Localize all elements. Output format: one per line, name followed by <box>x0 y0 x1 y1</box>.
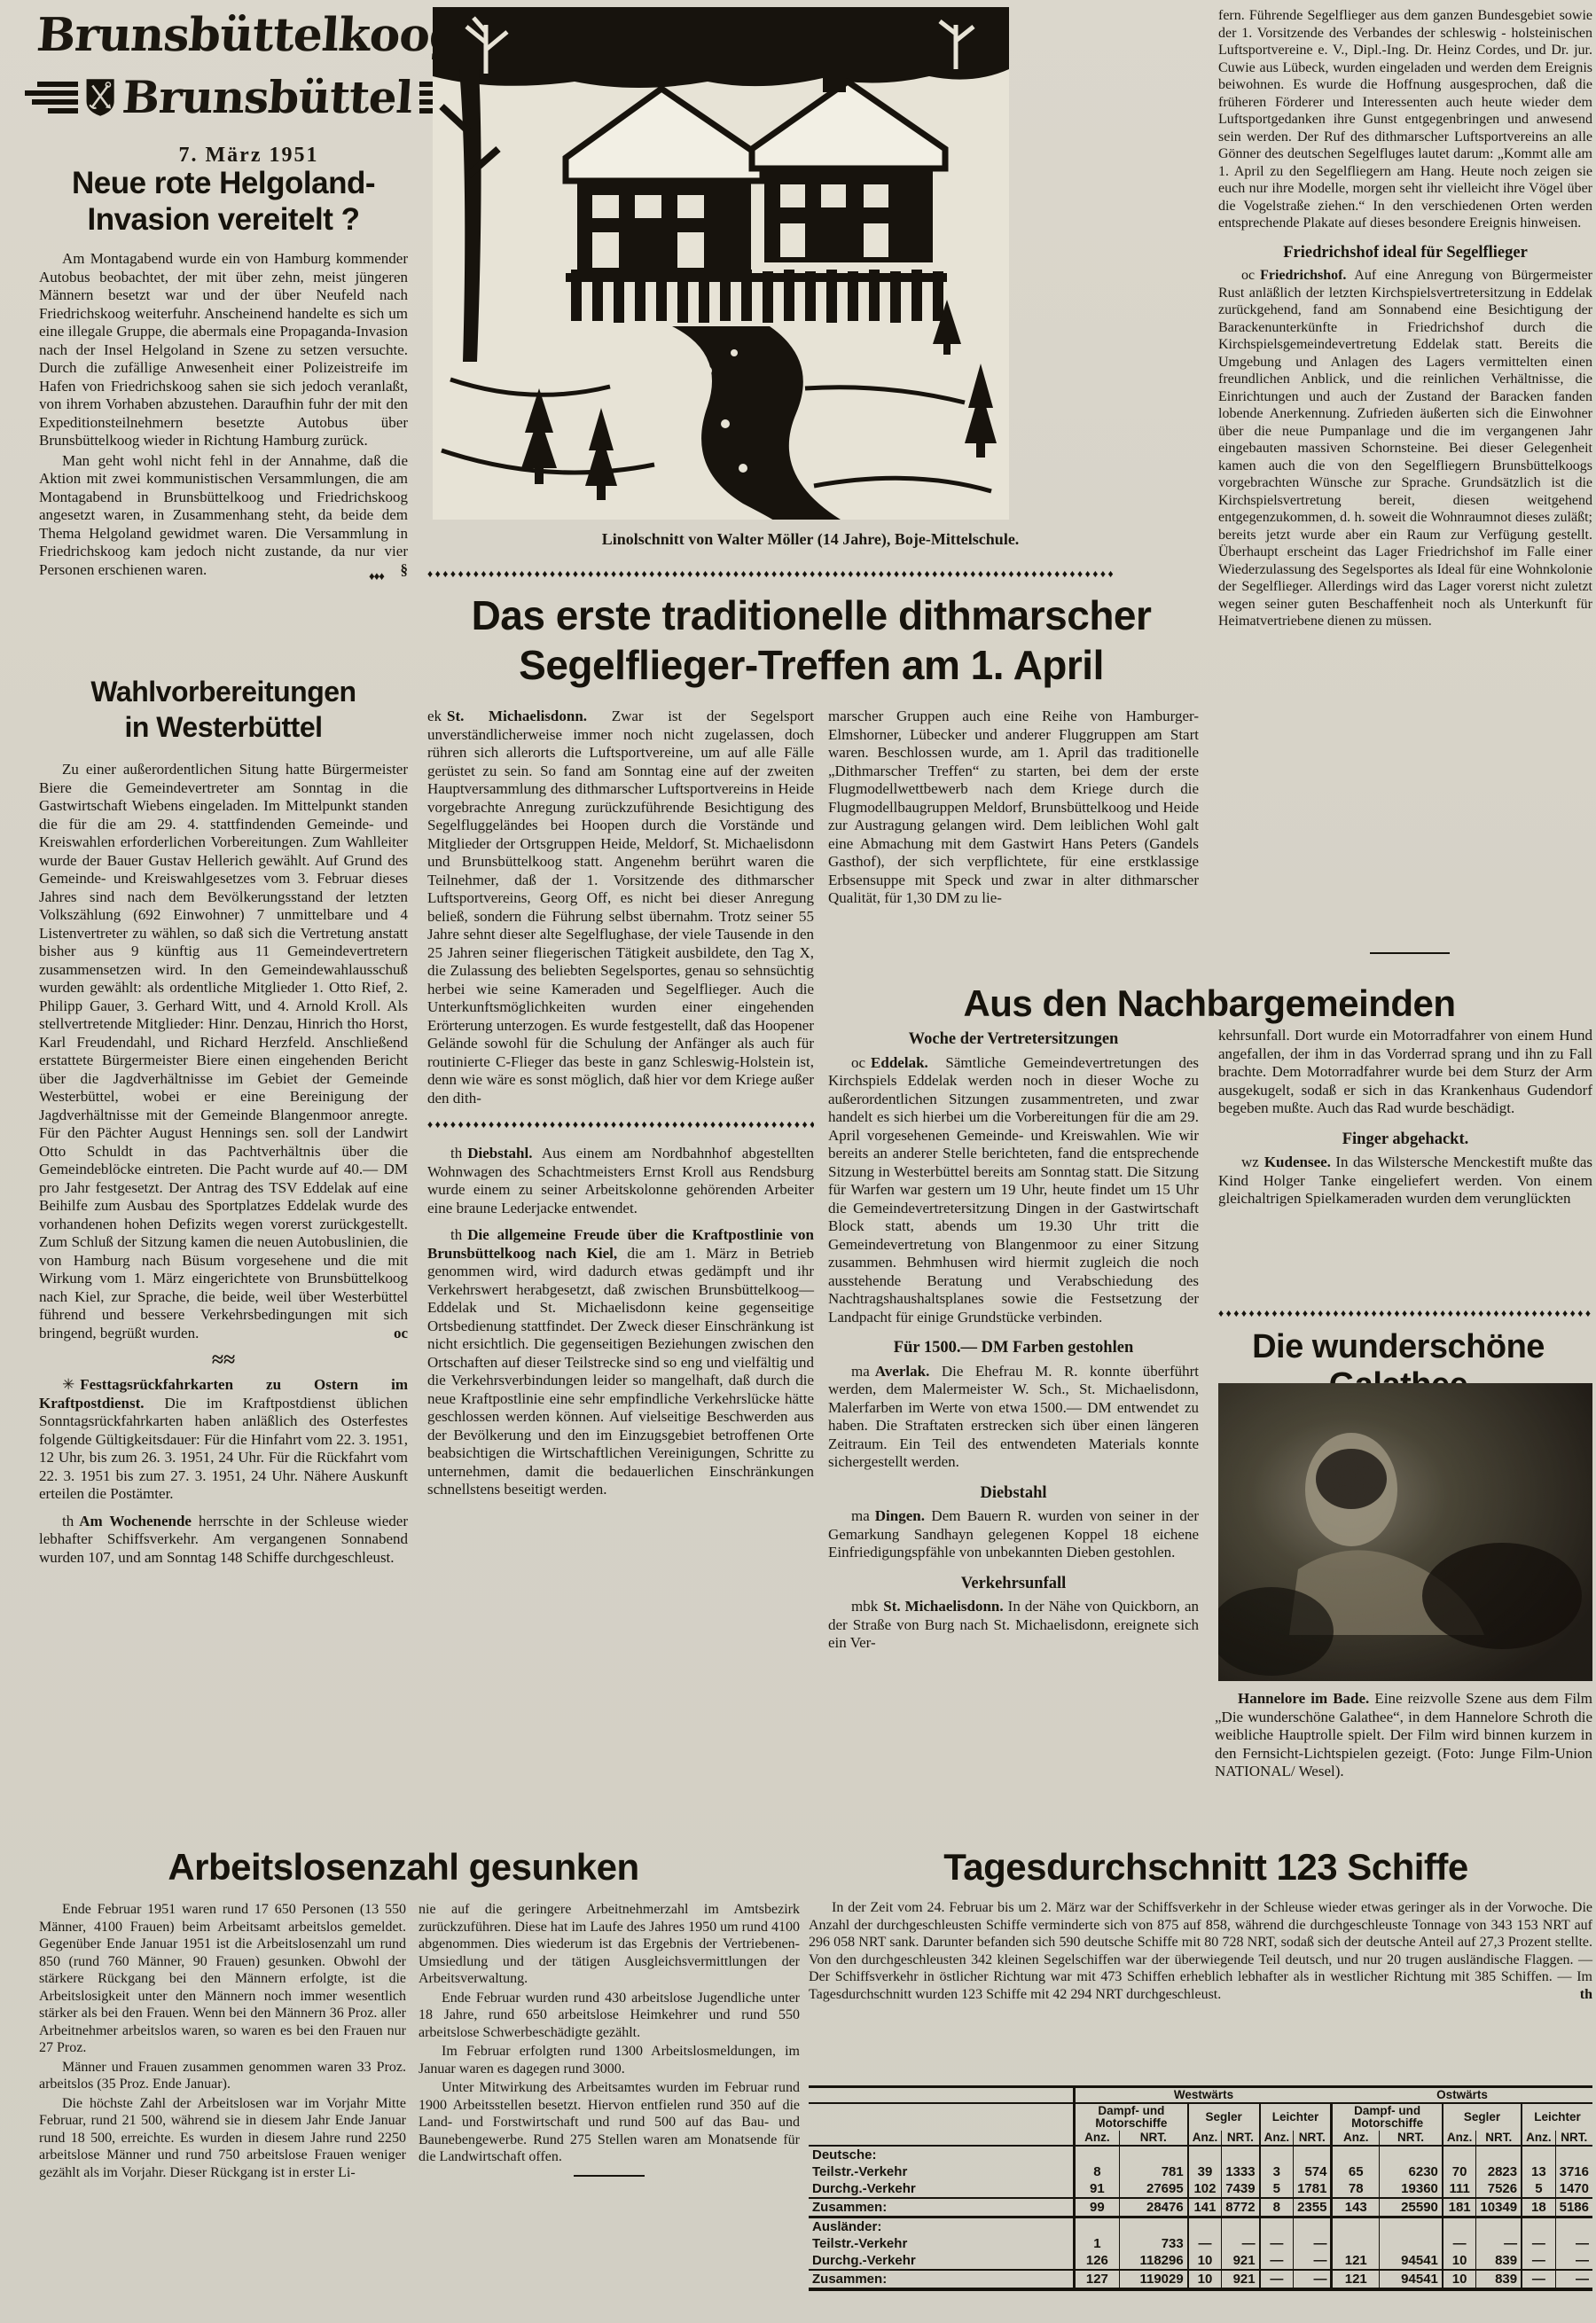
table-subgroup-header-row: Dampf- und Motorschiffe Segler Leichter … <box>809 2103 1592 2131</box>
table-group-header-row: Westwärts Ostwärts <box>809 2087 1592 2104</box>
subhead: Friedrichshof ideal für Segelflieger <box>1218 245 1592 262</box>
tilde-separator: ≈≈ <box>39 1351 408 1369</box>
masthead-title-line1: Brunsbüttelkoog <box>23 11 474 60</box>
segelflieger-col1: ekSt. Michaelisdonn. Zwar ist der Segels… <box>427 708 814 1499</box>
subhead: Für 1500.— DM Farben gestohlen <box>828 1339 1199 1357</box>
eddelak-item: ocEddelak. Sämtliche Gemeindevertretunge… <box>828 1054 1199 1327</box>
subhead: Woche der Vertretersitzungen <box>828 1030 1199 1049</box>
subhead: Verkehrsunfall <box>828 1575 1199 1593</box>
nachbargemeinden-right: kehrsunfall. Dort wurde ein Motorradfahr… <box>1218 1027 1592 1208</box>
section-rule <box>1370 952 1450 954</box>
ship-traffic-table: Westwärts Ostwärts Dampf- und Motorschif… <box>809 2085 1592 2291</box>
star-icon: ✳ <box>62 1376 80 1393</box>
arbeitslose-col2: nie auf die geringere Arbeitnehmerzahl i… <box>419 1901 800 2177</box>
friedrichshof-item: ocFriedrichshof. Auf eine Anregung von B… <box>1218 267 1592 630</box>
table-units-header-row: Anz.NRT. Anz.NRT. Anz.NRT. Anz.NRT. Anz.… <box>809 2131 1592 2146</box>
masthead-title-line2: Brunsbüttel <box>121 73 414 122</box>
verkehrsunfall-cont: kehrsunfall. Dort wurde ein Motorradfahr… <box>1218 1027 1592 1118</box>
article-paragraph: Ende Februar wurden rund 430 arbeitslose… <box>419 1990 800 2042</box>
segelflieger-article-cont: marscher Gruppen auch eine Reihe von Ham… <box>828 708 1199 908</box>
main-headline: Das erste traditionelle dithmarscher Seg… <box>427 591 1195 690</box>
author-sig: th <box>1548 1986 1592 2004</box>
diamond-separator: ♦♦♦♦♦♦♦♦♦♦♦♦♦♦♦♦♦♦♦♦♦♦♦♦♦♦♦♦♦♦♦♦♦♦♦♦♦♦♦♦… <box>427 1118 814 1132</box>
nachbargemeinden-headline: Aus den Nachbargemeinden <box>828 982 1591 1025</box>
dingen-item: maDingen. Dem Bauern R. wurden von seine… <box>828 1507 1199 1562</box>
diamond-separator: ♦♦♦♦♦♦♦♦♦♦♦♦♦♦♦♦♦♦♦♦♦♦♦♦♦♦♦♦♦♦♦♦♦♦♦♦♦♦♦♦… <box>1218 1307 1592 1321</box>
kudensee-item: wzKudensee. In das Wilstersche Menckesti… <box>1218 1154 1592 1208</box>
right-column: fern. Führende Segelflieger aus dem ganz… <box>1218 7 1592 630</box>
town-crest-icon <box>85 60 115 135</box>
photo-caption: Hannelore im Bade. Eine reizvolle Szene … <box>1215 1690 1592 1781</box>
subhead: Finger abgehackt. <box>1218 1130 1592 1149</box>
subhead: Diebstahl <box>828 1484 1199 1503</box>
wahl-headline: Wahlvorbereitungen in Westerbüttel <box>14 674 433 745</box>
masthead: Brunsbüttelkoog Brunsbüttel 7. März 1951 <box>25 11 473 168</box>
helgoland-article: Am Montagabend wurde ein von Hamburg kom… <box>39 250 408 579</box>
article-paragraph: Unter Mitwirkung des Arbeitsamtes wurden… <box>419 2079 800 2166</box>
table-row: Deutsche: <box>809 2146 1592 2163</box>
diamond-separator: ♦♦♦♦♦♦♦♦♦♦♦♦♦♦♦♦♦♦♦♦♦♦♦♦♦♦♦♦♦♦♦♦♦♦♦♦♦♦♦♦… <box>427 567 1195 582</box>
helgoland-headline: Neue rote Helgoland- Invasion vereitelt … <box>14 165 433 238</box>
table-row: Ausländer: <box>809 2217 1592 2236</box>
arbeitslose-headline: Arbeitslosenzahl gesunken <box>80 1846 727 1889</box>
article-paragraph: Am Montagabend wurde ein von Hamburg kom… <box>39 250 408 450</box>
verkehrsunfall-item: mbkSt. Michaelisdonn. In der Nähe von Qu… <box>828 1598 1199 1653</box>
table-row: Durchg.-Verkehr 912769510274395178178193… <box>809 2180 1592 2198</box>
article-paragraph: Im Februar erfolgten rund 1300 Arbeitslo… <box>419 2043 800 2077</box>
wahl-article: Zu einer außerordentlichen Situng hatte … <box>39 761 408 1342</box>
segelflieger-article: ekSt. Michaelisdonn. Zwar ist der Segels… <box>427 708 814 1107</box>
festtag-notice: ✳Festtagsrückfahrkarten zu Ostern im Kra… <box>39 1376 408 1504</box>
article-paragraph: nie auf die geringere Arbeitnehmerzahl i… <box>419 1901 800 1988</box>
film-still-photo <box>1218 1383 1592 1681</box>
ship-traffic-table-wrap: Westwärts Ostwärts Dampf- und Motorschif… <box>809 2085 1592 2291</box>
kraftpost-notice: thDie allgemeine Freude über die Kraftpo… <box>427 1226 814 1499</box>
table-total-row: Zusammen: 12711902910921——1219454110839—… <box>809 2270 1592 2289</box>
segelflieger-article-end: fern. Führende Segelflieger aus dem ganz… <box>1218 7 1592 232</box>
article-paragraph: Männer und Frauen zusammen genommen ware… <box>39 2059 406 2093</box>
linocut-caption: Linolschnitt von Walter Möller (14 Jahre… <box>426 530 1195 549</box>
table-total-row: Zusammen: 992847614187728235514325590181… <box>809 2198 1592 2217</box>
article-paragraph: Ende Februar 1951 waren rund 17 650 Pers… <box>39 1901 406 2057</box>
averlak-item: maAverlak. Die Ehefrau M. R. konnte über… <box>828 1363 1199 1472</box>
section-rule <box>574 2175 645 2177</box>
issue-date: 7. März 1951 <box>25 144 473 168</box>
diamond-end-mark: ♦♦♦ <box>369 569 384 583</box>
author-sig: oc <box>362 1325 408 1343</box>
left-column-flow: Zu einer außerordentlichen Situng hatte … <box>39 761 408 1567</box>
newspaper-page: Brunsbüttelkoog Brunsbüttel 7. März 1951 <box>0 0 1596 2323</box>
article-paragraph: Die höchste Zahl der Arbeitslosen war im… <box>39 2095 406 2182</box>
article-paragraph: Man geht wohl nicht fehl in der Annahme,… <box>39 452 408 580</box>
masthead-flourish-left <box>25 82 78 113</box>
diebstahl-bahnhof-notice: thDiebstahl. Aus einem am Nordbahnhof ab… <box>427 1145 814 1217</box>
wochenende-notice: thAm Wochenende herrschte in der Schleus… <box>39 1513 408 1568</box>
nachbargemeinden-left: Woche der Vertretersitzungen ocEddelak. … <box>828 1027 1199 1653</box>
segelflieger-col2: marscher Gruppen auch eine Reihe von Ham… <box>828 708 1199 908</box>
schiffe-article: In der Zeit vom 24. Februar bis um 2. Mä… <box>809 1899 1592 2003</box>
schiffe-headline: Tagesdurchschnitt 123 Schiffe <box>842 1846 1569 1889</box>
table-row: Durchg.-Verkehr 12611829610921——12194541… <box>809 2252 1592 2270</box>
linocut-illustration <box>433 7 1009 520</box>
table-row: Teilstr.-Verkehr 87813913333574656230702… <box>809 2163 1592 2180</box>
table-row: Teilstr.-Verkehr 1733———————— <box>809 2235 1592 2252</box>
arbeitslose-col1: Ende Februar 1951 waren rund 17 650 Pers… <box>39 1901 406 2183</box>
